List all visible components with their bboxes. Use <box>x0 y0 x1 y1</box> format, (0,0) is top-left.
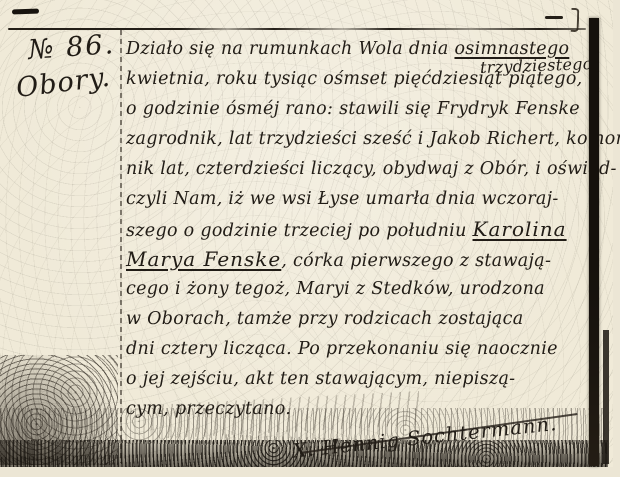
record-text: Działo się na rumunkach Wola dnia osimna… <box>126 34 590 424</box>
record-line: nik lat, czterdzieści liczący, obydwaj z… <box>126 154 590 184</box>
page-edge-line <box>603 330 609 464</box>
record-line: w Oborach, tamże przy rodzicach zostając… <box>126 304 590 334</box>
deceased-name-part1: Karolina <box>473 217 567 241</box>
act-number: № 86. <box>27 29 117 66</box>
record-line: dni cztery licząca. Po przekonaniu się n… <box>126 334 590 364</box>
margin-column: № 86. Obory. <box>16 32 116 98</box>
pen-dash-mark <box>545 16 563 19</box>
record-line-text: Działo się na rumunkach Wola dnia <box>126 39 454 59</box>
record-line: zagrodnik, lat trzydzieści sześć i Jakob… <box>126 124 590 154</box>
margin-bracket-mark <box>571 8 580 32</box>
record-line: czyli Nam, iż we wsi Łyse umarła dnia wc… <box>126 184 590 214</box>
record-line: o jej zejściu, akt ten stawającym, niepi… <box>126 364 590 394</box>
margin-divider-line <box>120 30 122 463</box>
deceased-name-part2: Marya Fenske <box>126 247 281 271</box>
top-dash-mark <box>12 9 39 15</box>
record-line: szego o godzinie trzeciej po południu Ka… <box>126 214 590 244</box>
scan-page: № 86. Obory. Działo się na rumunkach Wol… <box>0 0 613 467</box>
record-line: o godzinie ósméj rano: stawili się Frydr… <box>126 94 590 124</box>
place-name: Obory. <box>14 61 117 104</box>
interlinear-correction: trzydziestego <box>480 49 594 83</box>
binding-edge-bar <box>589 18 599 466</box>
record-line: Działo się na rumunkach Wola dnia osimna… <box>126 34 590 64</box>
record-line-text: szego o godzinie trzeciej po południu <box>126 221 473 241</box>
date-correction: osimnastegotrzydziestego <box>454 34 569 64</box>
record-line: Marya Fenske, córka pierwszego z stawają… <box>126 244 590 274</box>
record-line-text: , córka pierwszego z stawają- <box>281 251 551 271</box>
record-line: cego i żony tegoż, Maryi z Stedków, urod… <box>126 274 590 304</box>
scanned-document: № 86. Obory. Działo się na rumunkach Wol… <box>0 0 620 477</box>
